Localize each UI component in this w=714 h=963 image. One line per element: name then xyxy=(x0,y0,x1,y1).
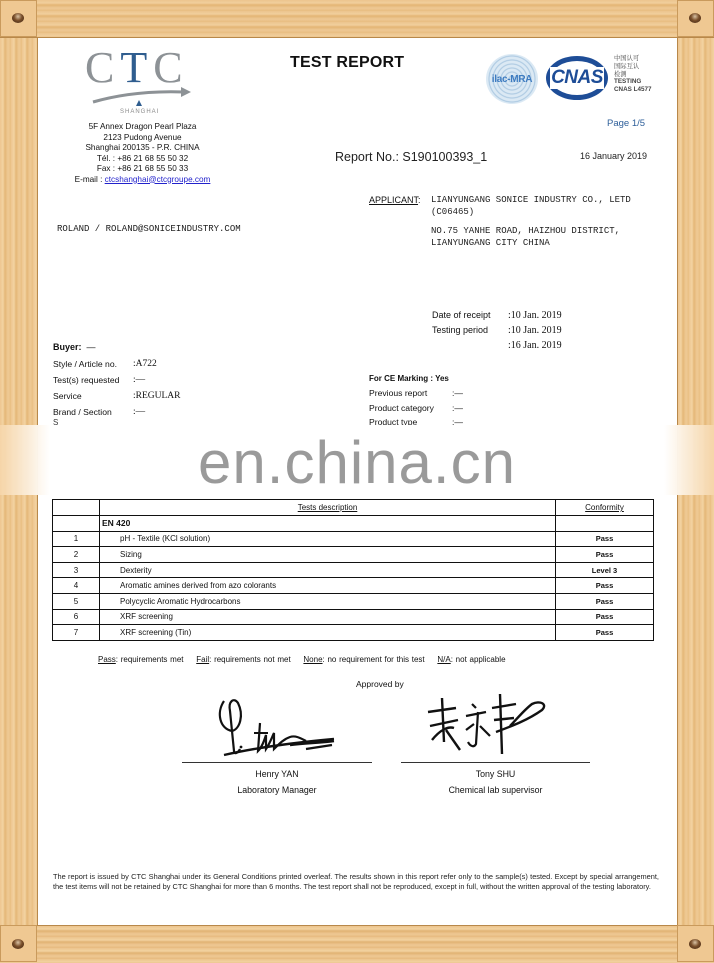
ilac-logo-text: ilac-MRA xyxy=(492,74,532,85)
email-label: E-mail : xyxy=(75,175,105,184)
conformity-result: Pass xyxy=(556,609,654,625)
conformity-result: Pass xyxy=(556,625,654,641)
signature-line xyxy=(401,762,590,763)
frame-top xyxy=(0,0,714,38)
applicant-line: (C06465) xyxy=(431,207,631,219)
test-description: Polycyclic Aromatic Hydrocarbons xyxy=(100,593,556,609)
row-number: 2 xyxy=(53,547,100,563)
address-line: 5F Annex Dragon Pearl Plaza xyxy=(60,122,225,133)
test-description: XRF screening xyxy=(100,609,556,625)
table-row: 2SizingPass xyxy=(53,547,654,563)
result-legend: Pass: requirements met Fail: requirement… xyxy=(98,655,516,664)
nail-icon xyxy=(689,13,701,23)
cnas-line: 中国认可 xyxy=(614,55,651,63)
sample-fields: Style / Article no.:A722 Test(s) request… xyxy=(53,359,181,423)
email-link[interactable]: ctcshanghai@ctcgroupe.com xyxy=(105,175,211,184)
buyer-label: Buyer: xyxy=(53,342,82,352)
legend-item: None: no requirement for this test xyxy=(303,655,424,664)
legend-item: N/A: not applicable xyxy=(437,655,505,664)
field-row: Service:REGULAR xyxy=(53,391,181,407)
field-value: :— xyxy=(133,375,145,391)
signature-henry-yan xyxy=(210,693,345,759)
table-row: 4Aromatic amines derived from azo colora… xyxy=(53,578,654,594)
row-number: 1 xyxy=(53,531,100,547)
signer-name: Tony SHU xyxy=(401,766,590,782)
test-description: XRF screening (Tin) xyxy=(100,625,556,641)
logo-subtitle: SHANGHAI xyxy=(120,109,159,115)
legend-meaning: : requirements not met xyxy=(209,655,291,664)
cnas-accreditation: 中国认可 国际互认 检测 TESTING CNAS L4577 xyxy=(614,55,651,94)
applicant-line: LIANYUNGANG SONICE INDUSTRY CO., LETD xyxy=(431,195,631,207)
table-row: 3DexterityLevel 3 xyxy=(53,562,654,578)
dates-block: Date of receipt:10 Jan. 2019 Testing per… xyxy=(432,310,562,355)
field-label: Brand / Section xyxy=(53,407,133,423)
date-value: :10 Jan. 2019 xyxy=(508,310,562,325)
cnas-line: 国际互认 xyxy=(614,63,651,71)
applicant-contact: ROLAND / ROLAND@SONICEINDUSTRY.COM xyxy=(57,224,241,234)
field-label: Style / Article no. xyxy=(53,359,133,375)
legend-term: Fail xyxy=(196,655,209,664)
signature-tony-shu xyxy=(420,690,560,758)
cell-empty xyxy=(556,516,654,532)
lab-fax: Fax : +86 21 68 55 50 33 xyxy=(60,164,225,175)
date-label: Testing period xyxy=(432,325,508,340)
signer-title: Laboratory Manager xyxy=(182,782,372,798)
conformity-result: Pass xyxy=(556,578,654,594)
applicant-address: NO.75 YANHE ROAD, HAIZHOU DISTRICT, LIAN… xyxy=(431,226,620,249)
buyer-value: — xyxy=(87,342,96,352)
standard-name: EN 420 xyxy=(100,516,556,532)
report-number: Report No.: S190100393_1 xyxy=(335,150,487,164)
date-row: :16 Jan. 2019 xyxy=(432,340,562,355)
watermark: en.china.cn xyxy=(0,428,714,497)
field-label: Product category xyxy=(369,403,452,418)
row-number: 6 xyxy=(53,609,100,625)
test-description: Dexterity xyxy=(100,562,556,578)
applicant-label: APPLICANT: xyxy=(369,195,421,205)
field-label: Previous report xyxy=(369,388,452,403)
signer-henry-yan: Henry YAN Laboratory Manager xyxy=(182,766,372,798)
field-value: :— xyxy=(452,388,463,403)
legend-term: N/A xyxy=(437,655,450,664)
ce-marking: For CE Marking : Yes xyxy=(369,374,449,383)
legend-item: Fail: requirements not met xyxy=(196,655,290,664)
field-value: :— xyxy=(452,403,463,418)
field-label: Service xyxy=(53,391,133,407)
row-number: 3 xyxy=(53,562,100,578)
date-row: Date of receipt:10 Jan. 2019 xyxy=(432,310,562,325)
cnas-line: TESTING xyxy=(614,78,651,86)
page-title: TEST REPORT xyxy=(290,54,404,72)
row-number: 5 xyxy=(53,593,100,609)
header-no xyxy=(53,500,100,516)
address-line: 2123 Pudong Avenue xyxy=(60,133,225,144)
applicant-label-text: APPLICANT xyxy=(369,195,418,205)
field-row: Style / Article no.:A722 xyxy=(53,359,181,375)
ilac-mra-logo: ilac-MRA xyxy=(486,54,538,104)
cnas-line: CNAS L4577 xyxy=(614,86,651,94)
field-row: Previous report:— xyxy=(369,388,463,403)
address-line: LIANYUNGANG CITY CHINA xyxy=(431,238,620,250)
signer-name: Henry YAN xyxy=(182,766,372,782)
logo-arrow-icon xyxy=(85,84,195,108)
address-line: NO.75 YANHE ROAD, HAIZHOU DISTRICT, xyxy=(431,226,620,238)
applicant-name: LIANYUNGANG SONICE INDUSTRY CO., LETD (C… xyxy=(431,195,631,218)
frame-bottom xyxy=(0,925,714,963)
cell-empty xyxy=(53,516,100,532)
signature-line xyxy=(182,762,372,763)
disclaimer-footer: The report is issued by CTC Shanghai und… xyxy=(53,872,659,892)
field-value: :— xyxy=(133,407,145,423)
signer-tony-shu: Tony SHU Chemical lab supervisor xyxy=(401,766,590,798)
date-value: :16 Jan. 2019 xyxy=(508,340,562,355)
report-date: 16 January 2019 xyxy=(580,151,647,161)
test-description: pH - Textile (KCl solution) xyxy=(100,531,556,547)
date-value: :10 Jan. 2019 xyxy=(508,325,562,340)
standard-row: EN 420 xyxy=(53,516,654,532)
field-value: :A722 xyxy=(133,359,157,375)
signer-title: Chemical lab supervisor xyxy=(401,782,590,798)
legend-meaning: : requirements met xyxy=(116,655,184,664)
date-label xyxy=(432,340,508,355)
header-description: Tests description xyxy=(100,500,556,516)
header-conformity-text: Conformity xyxy=(585,503,624,512)
legend-meaning: : not applicable xyxy=(451,655,506,664)
nail-icon xyxy=(689,939,701,949)
legend-term: None xyxy=(303,655,322,664)
field-value: :REGULAR xyxy=(133,391,181,407)
tests-table: Tests description Conformity EN 420 1pH … xyxy=(52,499,654,641)
test-description: Sizing xyxy=(100,547,556,563)
field-row: Test(s) requested:— xyxy=(53,375,181,391)
row-number: 7 xyxy=(53,625,100,641)
approved-by-label: Approved by xyxy=(356,679,404,689)
field-label: Test(s) requested xyxy=(53,375,133,391)
header-conformity: Conformity xyxy=(556,500,654,516)
row-number: 4 xyxy=(53,578,100,594)
table-row: 1pH - Textile (KCl solution)Pass xyxy=(53,531,654,547)
cnas-logo-text: CNAS xyxy=(550,67,604,89)
legend-term: Pass xyxy=(98,655,116,664)
date-label: Date of receipt xyxy=(432,310,508,325)
conformity-result: Level 3 xyxy=(556,562,654,578)
conformity-result: Pass xyxy=(556,593,654,609)
legend-item: Pass: requirements met xyxy=(98,655,184,664)
table-row: 7XRF screening (Tin)Pass xyxy=(53,625,654,641)
conformity-result: Pass xyxy=(556,531,654,547)
table-header: Tests description Conformity xyxy=(53,500,654,516)
test-description: Aromatic amines derived from azo coloran… xyxy=(100,578,556,594)
table-row: 6XRF screeningPass xyxy=(53,609,654,625)
cnas-logo: CNAS xyxy=(546,56,608,100)
field-row: Product category:— xyxy=(369,403,463,418)
legend-meaning: : no requirement for this test xyxy=(323,655,425,664)
address-line: Shanghai 200135 - P.R. CHINA xyxy=(60,143,225,154)
nail-icon xyxy=(12,939,24,949)
field-row: Brand / Section:— xyxy=(53,407,181,423)
lab-tel: Tél. : +86 21 68 55 50 32 xyxy=(60,154,225,165)
header-description-text: Tests description xyxy=(298,503,358,512)
table-row: 5Polycyclic Aromatic HydrocarbonsPass xyxy=(53,593,654,609)
conformity-result: Pass xyxy=(556,547,654,563)
date-row: Testing period:10 Jan. 2019 xyxy=(432,325,562,340)
buyer: Buyer: — xyxy=(53,342,96,352)
cnas-line: 检测 xyxy=(614,71,651,79)
lab-address: 5F Annex Dragon Pearl Plaza 2123 Pudong … xyxy=(60,122,225,185)
page-number: Page 1/5 xyxy=(607,118,645,129)
nail-icon xyxy=(12,13,24,23)
